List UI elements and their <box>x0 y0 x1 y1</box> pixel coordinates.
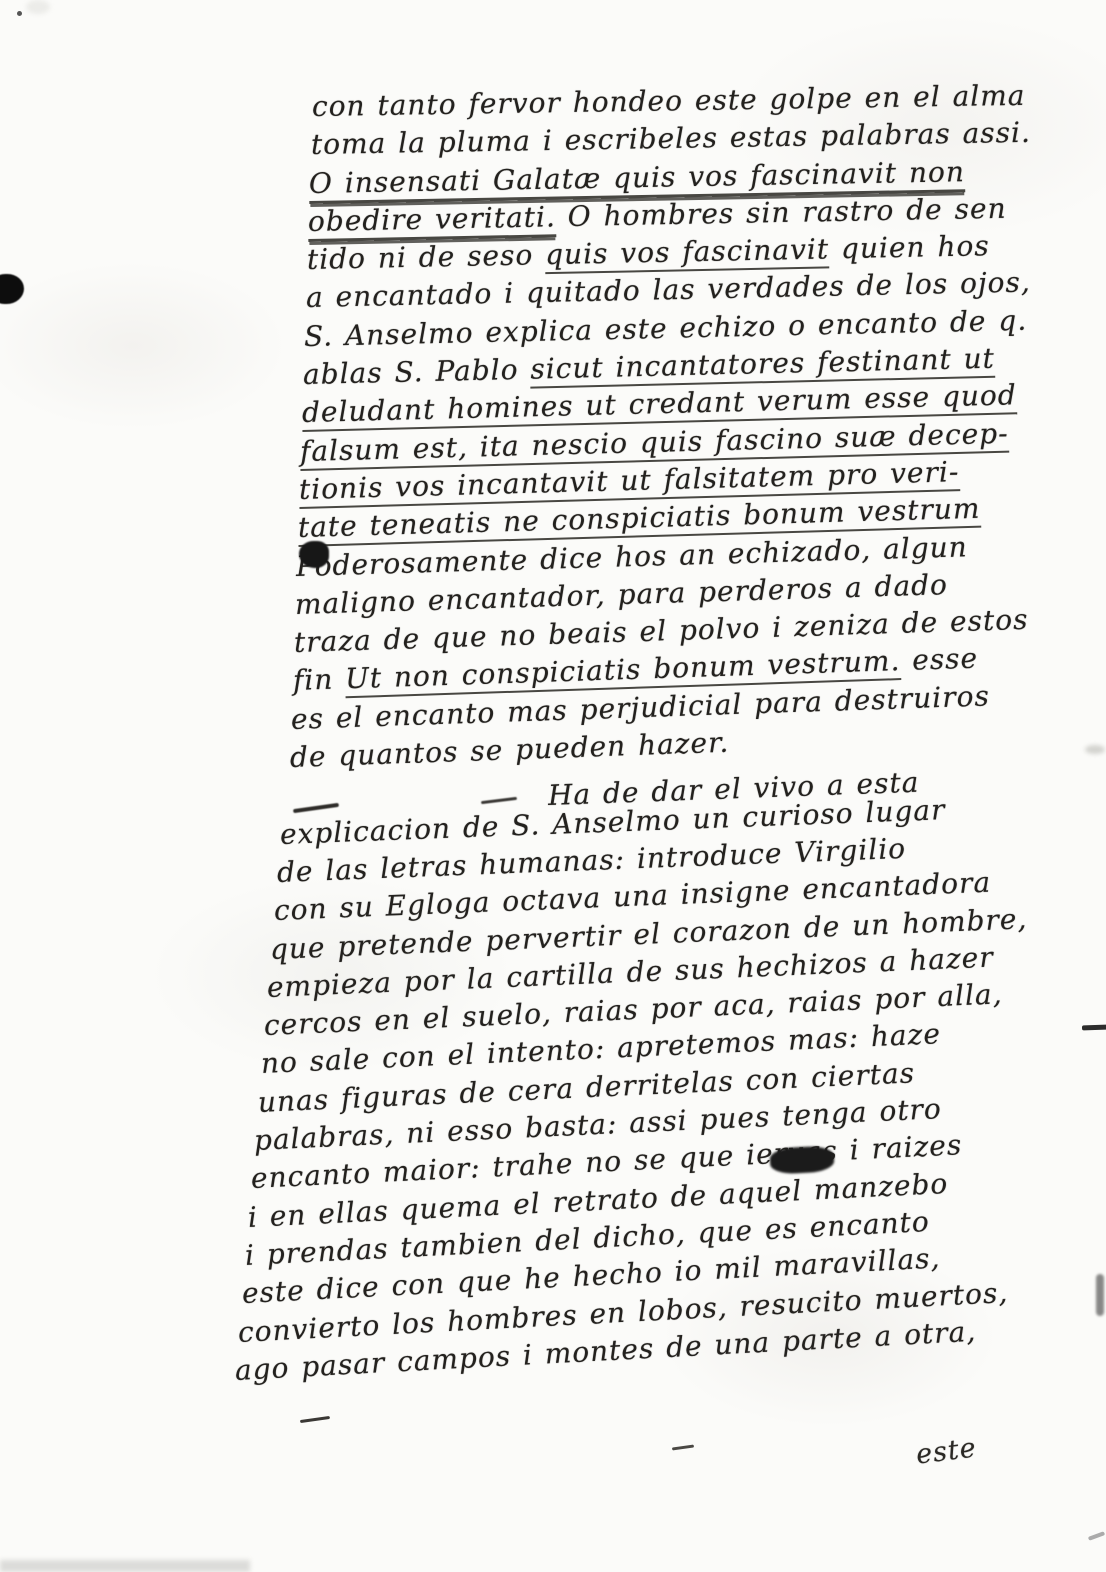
smudge-top-left <box>26 0 50 14</box>
manuscript-page: con tanto fervor hondeo este golpe en el… <box>0 0 1106 1572</box>
catchword: este <box>914 1432 978 1470</box>
text-segment: esse <box>899 642 978 678</box>
ink-tick-bottom-right <box>1088 1531 1105 1541</box>
manuscript-text: con tanto fervor hondeo este golpe en el… <box>0 88 1106 1390</box>
text-segment: O hombres sin rastro de sen <box>556 192 1007 234</box>
underlined-passage: obedire veritati. <box>308 200 557 242</box>
text-segment: quien hos <box>829 229 990 265</box>
pen-tick-below-text <box>300 1416 330 1423</box>
text-segment: fin <box>292 663 345 698</box>
text-segment: ablas S. Pablo <box>302 353 530 391</box>
pen-tick-below-text <box>672 1444 694 1450</box>
ink-speck-top-left <box>17 11 22 16</box>
text-segment: tido ni de seso <box>306 238 545 276</box>
scan-smear-bottom-left <box>0 1560 250 1572</box>
